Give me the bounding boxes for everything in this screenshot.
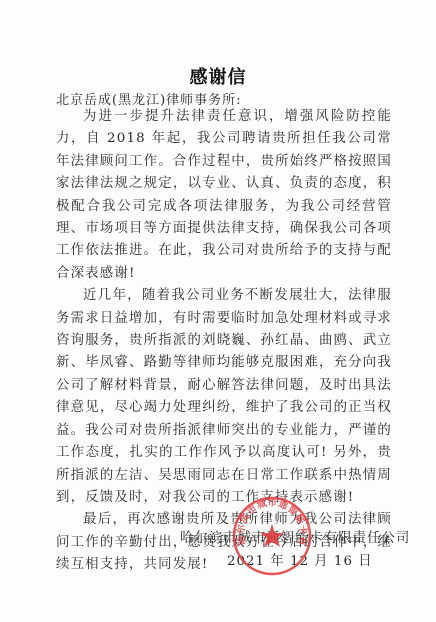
- paragraph-2: 近几年，随着我公司业务不断发展壮大，法律服务需求日益增加，有时需要临时加急处理材…: [56, 285, 392, 509]
- letter-page: 感谢信 北京岳成(黑龙江)律师事务所: 为进一步提升法律责任意识，增强风险防控能…: [0, 0, 436, 622]
- letter-title: 感谢信: [0, 63, 436, 89]
- signature-company: 哈尔滨市城市通智能卡有限责任公司: [180, 527, 410, 546]
- signature-date: 2021 年 12 月 16 日: [227, 550, 373, 569]
- paragraph-1: 为进一步提升法律责任意识，增强风险防控能力，自 2018 年起，我公司聘请贵所担…: [56, 106, 392, 285]
- letter-body: 为进一步提升法律责任意识，增强风险防控能力，自 2018 年起，我公司聘请贵所担…: [56, 106, 392, 577]
